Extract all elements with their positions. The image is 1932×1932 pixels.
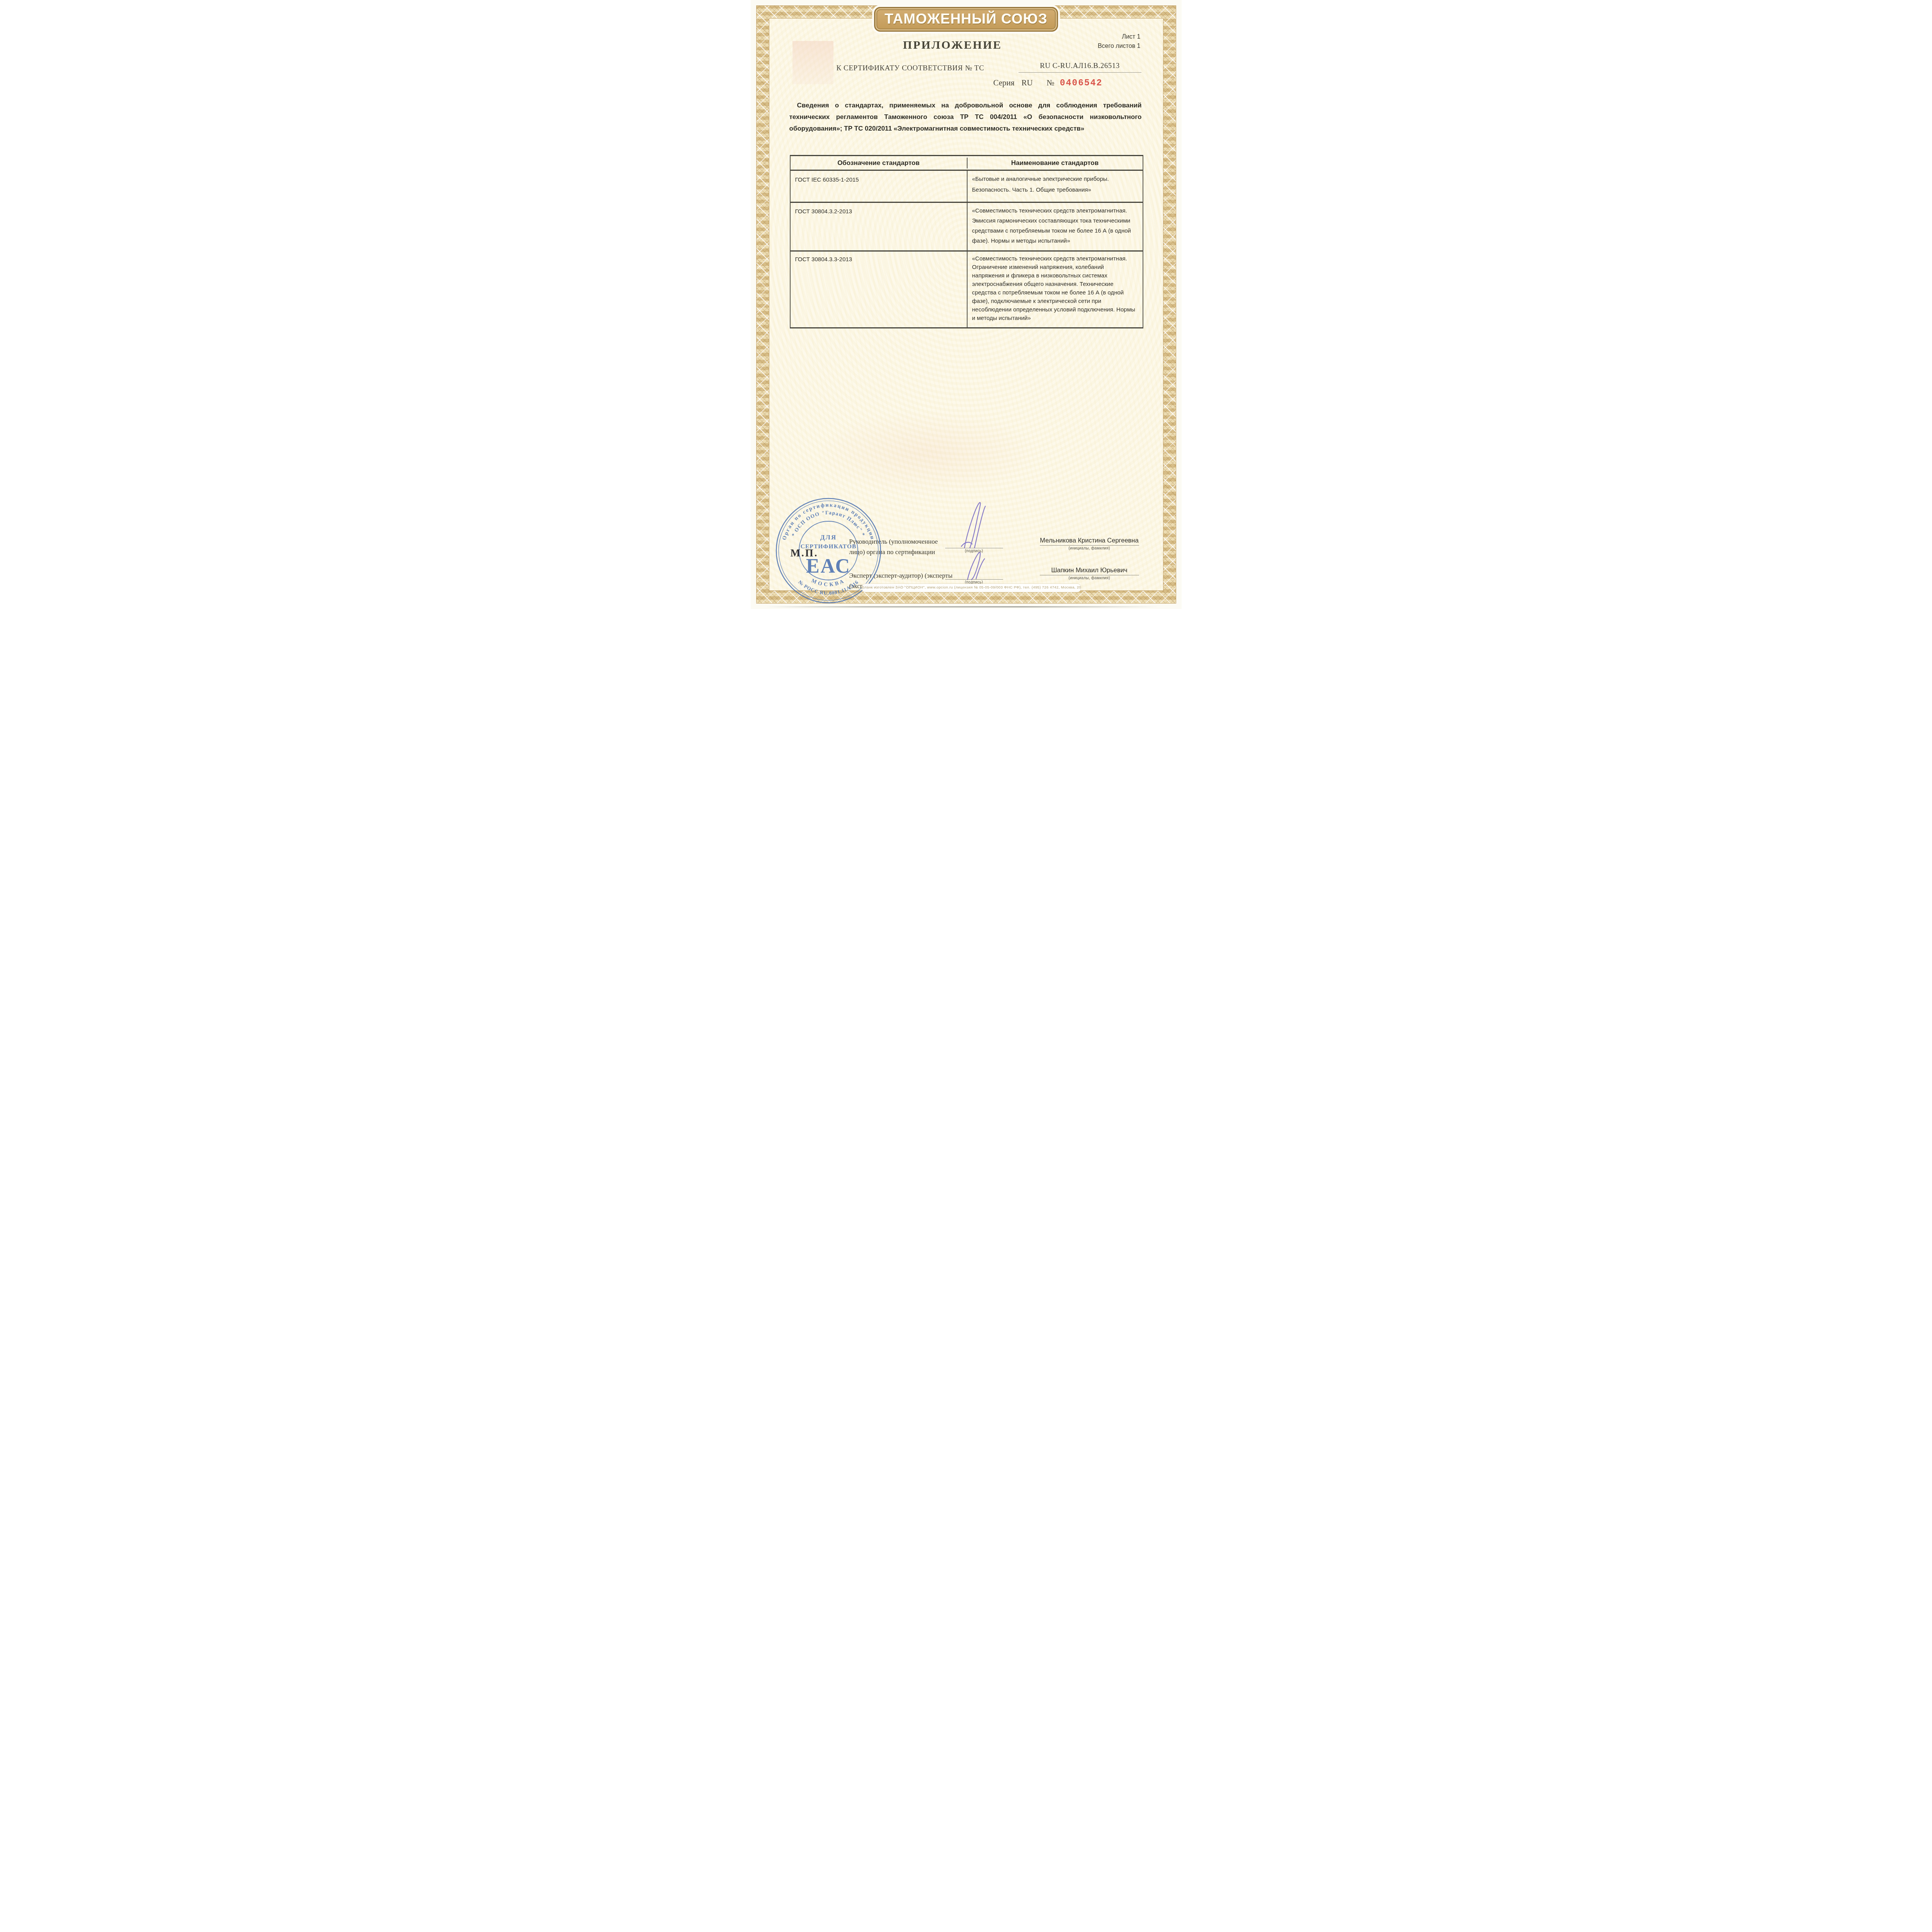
- standard-designation: ГОСТ 30804.3.3-2013: [791, 252, 968, 327]
- stamp-for-text: ДЛЯ: [820, 534, 837, 541]
- signatory-name-head: Мельникова Кристина Сергеевна: [1040, 537, 1139, 544]
- certificate-reference-label: К СЕРТИФИКАТУ СООТВЕТСТВИЯ № ТС: [837, 64, 985, 73]
- table-row: ГОСТ 30804.3.3-2013 «Совместимость техни…: [791, 252, 1143, 327]
- standards-table: Обозначение стандартов Наименование стан…: [790, 155, 1143, 328]
- page-title: ПРИЛОЖЕНИЕ: [751, 39, 1155, 52]
- standard-name: «Бытовые и аналогичные электрические при…: [968, 171, 1143, 202]
- customs-union-badge-label: ТАМОЖЕННЫЙ СОЮЗ: [884, 11, 1048, 27]
- intro-paragraph: Сведения о стандартах, применяемых на до…: [789, 100, 1142, 134]
- initials-caption: (инициалы, фамилия): [1040, 576, 1139, 580]
- sheet-info: Лист 1 Всего листов 1: [1098, 32, 1141, 51]
- initials-caption: (инициалы, фамилия): [1040, 546, 1139, 551]
- standard-name: «Совместимость технических средств элект…: [968, 203, 1143, 250]
- name-line: [1040, 575, 1139, 575]
- table-row: ГОСТ 30804.3.2-2013 «Совместимость техни…: [791, 203, 1143, 252]
- stamp-city-text: МОСКВА: [810, 578, 846, 588]
- standard-designation: ГОСТ IEC 60335-1-2015: [791, 171, 968, 202]
- series-label: Серия: [993, 78, 1015, 88]
- standard-designation: ГОСТ 30804.3.2-2013: [791, 203, 968, 250]
- numero-sign: №: [1047, 78, 1054, 88]
- table-row: ГОСТ IEC 60335-1-2015 «Бытовые и аналоги…: [791, 171, 1143, 203]
- blank-serial-number: 0406542: [1060, 78, 1103, 88]
- column-header-name: Наименование стандартов: [968, 158, 1143, 168]
- customs-union-badge: ТАМОЖЕННЫЙ СОЮЗ: [874, 7, 1058, 32]
- mp-seal-mark: М.П.: [791, 547, 818, 559]
- name-line: [1040, 545, 1139, 546]
- series-line: Серия RU № 0406542: [993, 78, 1103, 88]
- column-header-designation: Обозначение стандартов: [791, 158, 968, 168]
- certificate-number: RU C-RU.АЛ16.B.26513: [1019, 62, 1141, 73]
- signature-head-icon: [942, 501, 1019, 551]
- table-header-row: Обозначение стандартов Наименование стан…: [791, 156, 1143, 171]
- total-sheets: Всего листов 1: [1098, 42, 1141, 51]
- signature-expert-icon: [942, 544, 1019, 583]
- sheet-number: Лист 1: [1098, 32, 1141, 42]
- standard-name: «Совместимость технических средств элект…: [968, 252, 1143, 327]
- certificate-appendix-page: ТАМОЖЕННЫЙ СОЮЗ Лист 1 Всего листов 1 ПР…: [751, 0, 1182, 609]
- scan-edge-shadow: [766, 606, 1158, 607]
- svg-text:МОСКВА: МОСКВА: [810, 578, 846, 588]
- series-region: RU: [1021, 78, 1032, 88]
- signatory-name-expert: Шапкин Михаил Юрьевич: [1040, 567, 1139, 574]
- blank-manufacturer-note: Бланк изготовлен ЗАО "ОПЦИОН", www.opcio…: [862, 583, 1081, 592]
